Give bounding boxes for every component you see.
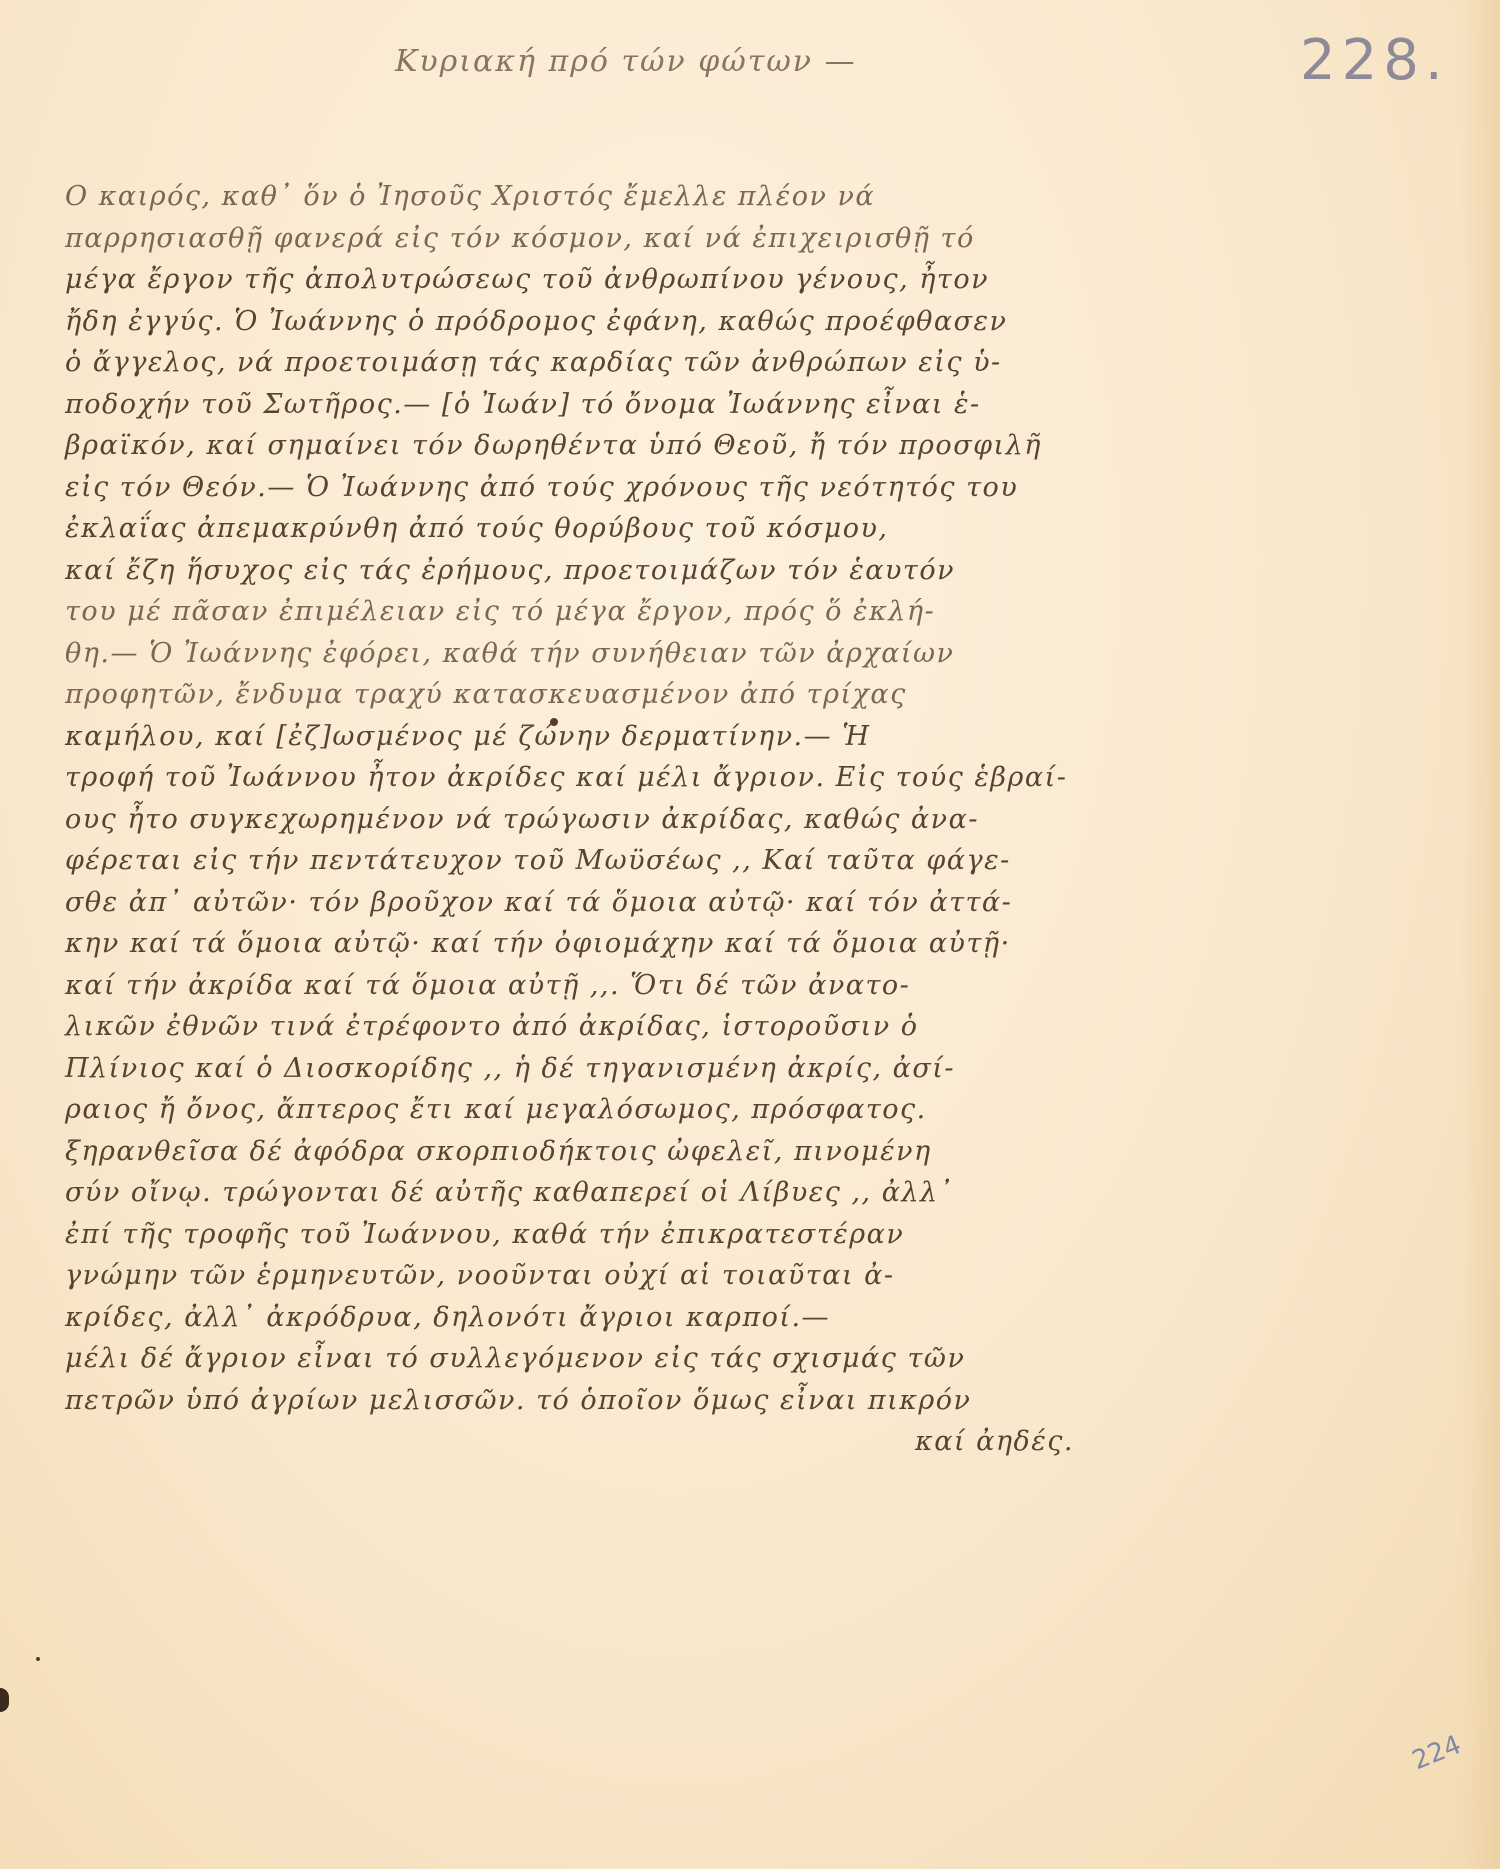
manuscript-body: Ο καιρός, καθ᾽ ὅν ὁ Ἰησοῦς Χριστός ἔμελλ…: [65, 176, 1325, 1463]
manuscript-page: Κυριακή πρό τών φώτων — 228. 224 Ο καιρό…: [0, 0, 1500, 1869]
binding-ink-mark: [0, 1688, 9, 1712]
text-line: μέλι δέ ἄγριον εἶναι τό συλλεγόμενον εἰς…: [65, 1338, 1325, 1380]
text-line: ἤδη ἐγγύς. Ὁ Ἰωάννης ὁ πρόδρομος ἐφάνη, …: [65, 301, 1325, 343]
text-line: Πλίνιος καί ὁ Διοσκορίδης ,, ἡ δέ τηγανι…: [65, 1048, 1325, 1090]
text-line: καμήλου, καί [ἐζ]ωσμένος μέ ζώνην δερματ…: [65, 716, 1325, 758]
ink-speck: [36, 1657, 40, 1661]
text-line: κρίδες, ἀλλ᾽ ἀκρόδρυα, δηλονότι ἄγριοι κ…: [65, 1297, 1325, 1339]
text-line: ὁ ἄγγελος, νά προετοιμάσῃ τάς καρδίας τῶ…: [65, 342, 1325, 384]
text-line: ραιος ἤ ὄνος, ἄπτερος ἔτι καί μεγαλόσωμο…: [65, 1089, 1325, 1131]
text-line: ξηρανθεῖσα δέ ἀφόδρα σκορπιοδήκτοις ὠφελ…: [65, 1131, 1325, 1173]
text-line: σθε ἀπ᾽ αὐτῶν· τόν βροῦχον καί τά ὅμοια …: [65, 882, 1325, 924]
old-folio-number: 224: [1408, 1730, 1465, 1776]
text-line: βραϊκόν, καί σημαίνει τόν δωρηθέντα ὑπό …: [65, 425, 1325, 467]
text-line: πετρῶν ὑπό ἀγρίων μελισσῶν. τό ὁποῖον ὅμ…: [65, 1380, 1325, 1422]
text-line: θη.— Ὁ Ἰωάννης ἐφόρει, καθά τήν συνήθεια…: [65, 633, 1325, 675]
text-line: του μέ πᾶσαν ἐπιμέλειαν εἰς τό μέγα ἔργο…: [65, 591, 1325, 633]
folio-number: 228.: [1300, 28, 1449, 93]
text-line: ἐκλαΐας ἀπεμακρύνθη ἀπό τούς θορύβους το…: [65, 508, 1325, 550]
text-line: εἰς τόν Θεόν.— Ὁ Ἰωάννης ἀπό τούς χρόνου…: [65, 467, 1325, 509]
page-edge-shading: [1460, 0, 1500, 1869]
text-line: σύν οἴνῳ. τρώγονται δέ αὐτῆς καθαπερεί ο…: [65, 1172, 1325, 1214]
text-line: καί τήν ἀκρίδα καί τά ὅμοια αὐτῇ ,,. Ὅτι…: [65, 965, 1325, 1007]
text-line: προφητῶν, ἔνδυμα τραχύ κατασκευασμένον ἀ…: [65, 674, 1325, 716]
text-line: γνώμην τῶν ἑρμηνευτῶν, νοοῦνται οὐχί αἱ …: [65, 1255, 1325, 1297]
closing-line: καί ἀηδές.: [65, 1421, 1325, 1463]
text-line: ους ἦτο συγκεχωρημένον νά τρώγωσιν ἀκρίδ…: [65, 799, 1325, 841]
text-line: καί ἔζη ἥσυχος εἰς τάς ἐρήμους, προετοιμ…: [65, 550, 1325, 592]
text-line: ποδοχήν τοῦ Σωτῆρος.— [ὁ Ἰωάν] τό ὄνομα …: [65, 384, 1325, 426]
text-line: φέρεται εἰς τήν πεντάτευχον τοῦ Μωϋσέως …: [65, 840, 1325, 882]
text-line: τροφή τοῦ Ἰωάννου ἦτον ἀκρίδες καί μέλι …: [65, 757, 1325, 799]
text-line: μέγα ἔργον τῆς ἀπολυτρώσεως τοῦ ἀνθρωπίν…: [65, 259, 1325, 301]
text-line: παρρησιασθῇ φανερά εἰς τόν κόσμον, καί ν…: [65, 218, 1325, 260]
text-line: ἐπί τῆς τροφῆς τοῦ Ἰωάννου, καθά τήν ἐπι…: [65, 1214, 1325, 1256]
text-line: Ο καιρός, καθ᾽ ὅν ὁ Ἰησοῦς Χριστός ἔμελλ…: [65, 176, 1325, 218]
page-title: Κυριακή πρό τών φώτων —: [395, 44, 857, 79]
text-line: κην καί τά ὅμοια αὐτῷ· καί τήν ὀφιομάχην…: [65, 923, 1325, 965]
text-line: λικῶν ἐθνῶν τινά ἐτρέφοντο ἀπό ἀκρίδας, …: [65, 1006, 1325, 1048]
